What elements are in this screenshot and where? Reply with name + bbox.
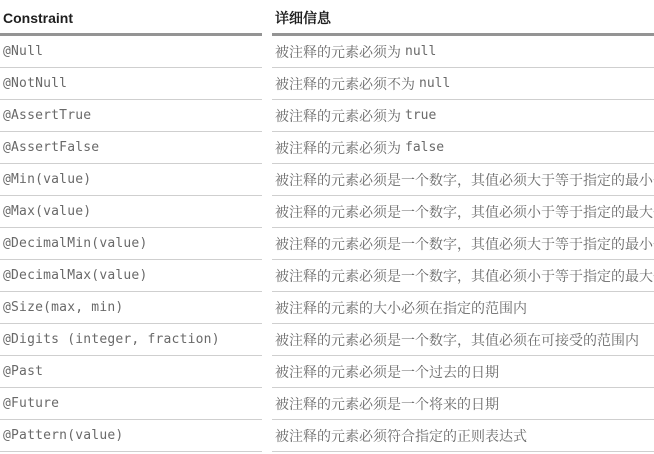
table-row: @Min(value) 被注释的元素必须是一个数字，其值必须大于等于指定的最小值 [0,164,654,196]
details-cell: 被注释的元素必须是一个数字，其值必须大于等于指定的最小值 [272,228,654,260]
table-row: @Size(max, min) 被注释的元素的大小必须在指定的范围内 [0,292,654,324]
constraint-description: 被注释的元素必须为 [275,42,401,62]
constraint-description-code: true [405,108,436,123]
table-row: @Max(value) 被注释的元素必须是一个数字，其值必须小于等于指定的最大值 [0,196,654,228]
details-cell: 被注释的元素必须是一个数字，其值必须在可接受的范围内 [272,324,654,356]
table-row: @DecimalMin(value) 被注释的元素必须是一个数字，其值必须大于等… [0,228,654,260]
constraint-label: @AssertFalse [3,140,99,155]
details-cell: 被注释的元素的大小必须在指定的范围内 [272,292,654,324]
constraint-description-code: null [419,76,450,91]
constraint-description-code: false [405,140,444,155]
constraint-label: @Past [3,364,43,379]
constraint-cell: @Min(value) [0,164,262,196]
constraint-label: @DecimalMax(value) [3,268,147,283]
constraint-label: @Future [3,396,59,411]
constraint-cell: @AssertTrue [0,100,262,132]
details-cell: 被注释的元素必须是一个数字，其值必须大于等于指定的最小值 [272,164,654,196]
details-cell: 被注释的元素必须符合指定的正则表达式 [272,420,654,452]
constraint-cell: @Future [0,388,262,420]
constraint-cell: @Size(max, min) [0,292,262,324]
constraint-label: @Max(value) [3,204,91,219]
details-cell: 被注释的元素必须是一个数字，其值必须小于等于指定的最大值 [272,196,654,228]
details-cell: 被注释的元素必须为 null [272,36,654,68]
constraint-cell: @NotNull [0,68,262,100]
constraint-label: @Size(max, min) [3,300,123,315]
details-header-label: 详细信息 [275,8,331,28]
constraint-description: 被注释的元素必须为 [275,138,401,158]
table-row: @Digits (integer, fraction) 被注释的元素必须是一个数… [0,324,654,356]
table-body: @Null 被注释的元素必须为 null @NotNull 被注释的元素必须不为… [0,36,654,452]
constraint-label: @Min(value) [3,172,91,187]
details-cell: 被注释的元素必须不为 null [272,68,654,100]
details-cell: 被注释的元素必须为 false [272,132,654,164]
constraint-label: @DecimalMin(value) [3,236,147,251]
table-row: @DecimalMax(value) 被注释的元素必须是一个数字，其值必须小于等… [0,260,654,292]
table-row: @Past 被注释的元素必须是一个过去的日期 [0,356,654,388]
constraint-description: 被注释的元素的大小必须在指定的范围内 [275,298,527,318]
constraint-description: 被注释的元素必须符合指定的正则表达式 [275,426,527,446]
table-row: @Future 被注释的元素必须是一个将来的日期 [0,388,654,420]
constraint-description: 被注释的元素必须是一个数字，其值必须大于等于指定的最小值 [275,170,654,190]
table-row: @AssertTrue 被注释的元素必须为 true [0,100,654,132]
constraint-description: 被注释的元素必须是一个过去的日期 [275,362,499,382]
table-header-row: Constraint 详细信息 [0,0,654,36]
constraint-label: @NotNull [3,76,67,91]
header-cell-details: 详细信息 [272,0,654,36]
table-row: @Null 被注释的元素必须为 null [0,36,654,68]
constraint-description: 被注释的元素必须是一个数字，其值必须在可接受的范围内 [275,330,639,350]
constraint-description: 被注释的元素必须为 [275,106,401,126]
constraint-cell: @AssertFalse [0,132,262,164]
details-cell: 被注释的元素必须是一个将来的日期 [272,388,654,420]
constraint-header-label: Constraint [3,10,73,26]
constraint-description: 被注释的元素必须是一个将来的日期 [275,394,499,414]
constraint-cell: @Null [0,36,262,68]
constraint-label: @Digits (integer, fraction) [3,332,220,347]
constraint-label: @Pattern(value) [3,428,123,443]
constraint-description: 被注释的元素必须是一个数字，其值必须大于等于指定的最小值 [275,234,654,254]
constraint-description: 被注释的元素必须是一个数字，其值必须小于等于指定的最大值 [275,266,654,286]
table-row: @AssertFalse 被注释的元素必须为 false [0,132,654,164]
constraint-cell: @Past [0,356,262,388]
constraint-description: 被注释的元素必须不为 [275,74,415,94]
constraint-description-code: null [405,44,436,59]
table-row: @Pattern(value) 被注释的元素必须符合指定的正则表达式 [0,420,654,452]
table-row: @NotNull 被注释的元素必须不为 null [0,68,654,100]
details-cell: 被注释的元素必须是一个数字，其值必须小于等于指定的最大值 [272,260,654,292]
details-cell: 被注释的元素必须为 true [272,100,654,132]
constraint-cell: @Pattern(value) [0,420,262,452]
constraint-cell: @Digits (integer, fraction) [0,324,262,356]
constraint-label: @Null [3,44,43,59]
header-cell-constraint: Constraint [0,0,262,36]
constraint-table: Constraint 详细信息 @Null 被注释的元素必须为 null @No… [0,0,654,452]
constraint-label: @AssertTrue [3,108,91,123]
constraint-cell: @Max(value) [0,196,262,228]
constraint-cell: @DecimalMin(value) [0,228,262,260]
details-cell: 被注释的元素必须是一个过去的日期 [272,356,654,388]
constraint-cell: @DecimalMax(value) [0,260,262,292]
constraint-description: 被注释的元素必须是一个数字，其值必须小于等于指定的最大值 [275,202,654,222]
